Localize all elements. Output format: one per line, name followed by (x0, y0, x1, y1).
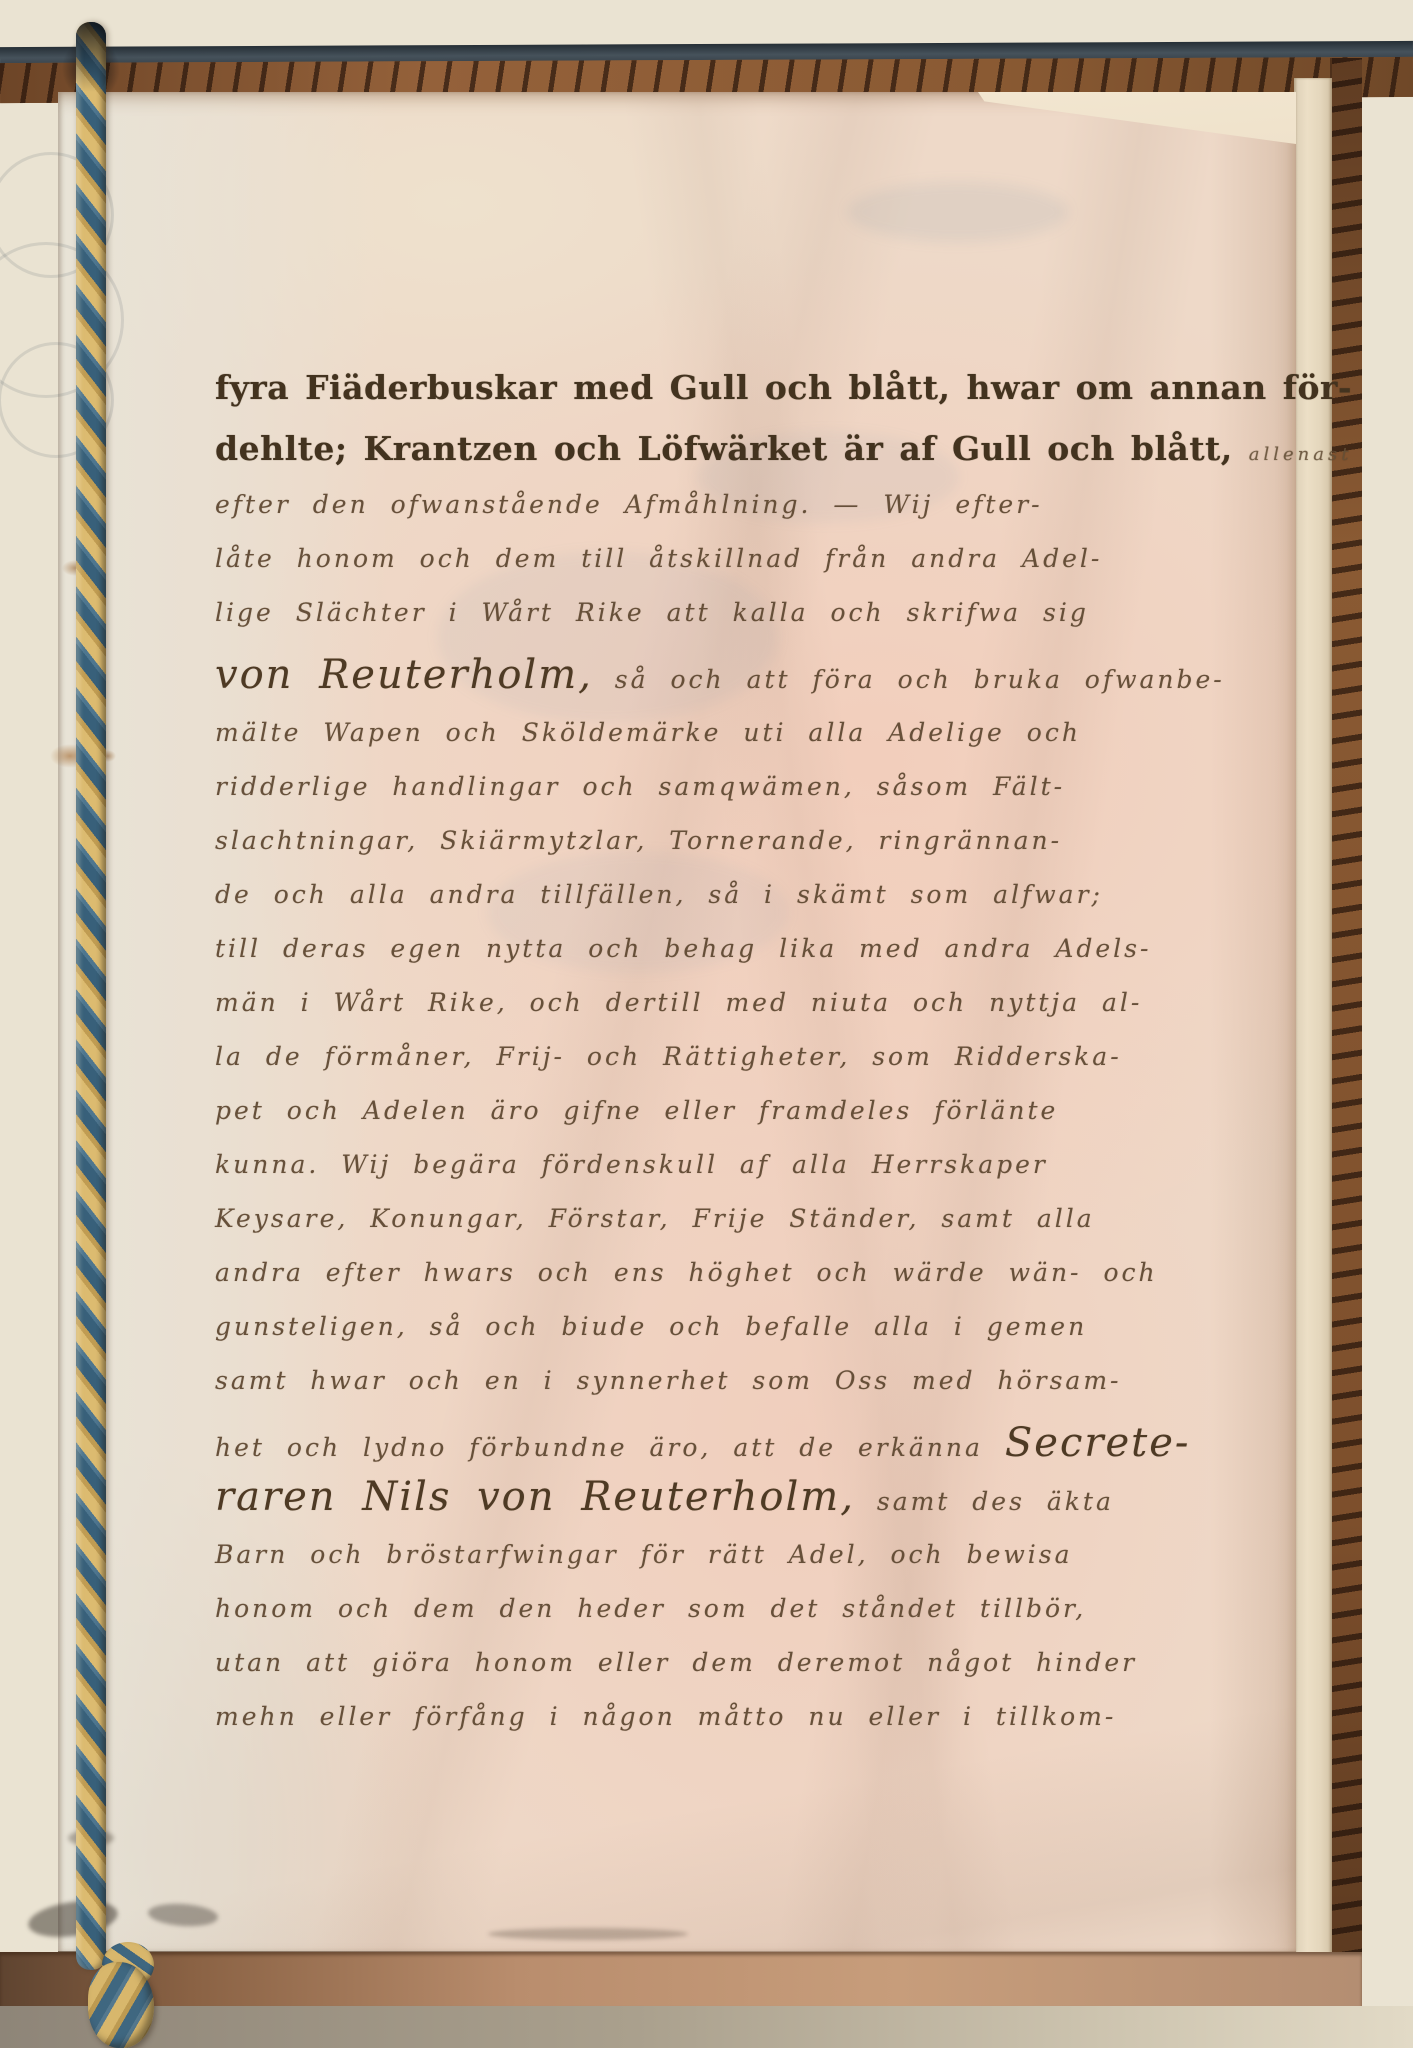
ink-smudge (488, 1928, 688, 1940)
manuscript-text-segment: het och lydno förbundne äro, att de erkä… (215, 1433, 1005, 1462)
manuscript-text-segment: Barn och bröstarfwingar för rätt Adel, o… (215, 1540, 1073, 1569)
manuscript-line: raren Nils von Reuterholm, samt des äkta (215, 1474, 1205, 1540)
corner-fold (978, 92, 1296, 144)
book-bottom-shadow (0, 2006, 1413, 2048)
manuscript-text-segment: lige Slächter i Wårt Rike att kalla och … (215, 598, 1089, 627)
manuscript-text-segment: la de förmåner, Frij- och Rättigheter, s… (215, 1042, 1122, 1071)
manuscript-text-block: fyra Fiäderbuskar med Gull och blått, hw… (215, 368, 1205, 1756)
manuscript-line: män i Wårt Rike, och dertill med niuta o… (215, 988, 1205, 1042)
manuscript-text-segment: slachtningar, Skiärmytzlar, Tornerande, … (215, 826, 1062, 855)
manuscript-text-segment: gunsteligen, så och biude och befalle al… (215, 1312, 1087, 1341)
manuscript-line: Keysare, Konungar, Förstar, Frije Stände… (215, 1204, 1205, 1258)
manuscript-text-segment: dehlte; Krantzen och Löfwärket är af Gul… (215, 429, 1249, 468)
manuscript-line: slachtningar, Skiärmytzlar, Tornerande, … (215, 826, 1205, 880)
manuscript-line: gunsteligen, så och biude och befalle al… (215, 1312, 1205, 1366)
manuscript-line: mälte Wapen och Sköldemärke uti alla Ade… (215, 718, 1205, 772)
manuscript-text-segment: Secrete- (1005, 1420, 1191, 1466)
manuscript-line: dehlte; Krantzen och Löfwärket är af Gul… (215, 429, 1205, 490)
manuscript-text-segment: Keysare, Konungar, Förstar, Frije Stände… (215, 1204, 1095, 1233)
manuscript-line: andra efter hwars och ens höghet och wär… (215, 1258, 1205, 1312)
manuscript-line: honom och dem den heder som det ståndet … (215, 1594, 1205, 1648)
manuscript-line: utan att giöra honom eller dem deremot n… (215, 1648, 1205, 1702)
manuscript-text-segment: mehn eller förfång i någon måtto nu elle… (215, 1702, 1116, 1731)
manuscript-text-segment: låte honom och dem till åtskillnad från … (215, 544, 1102, 573)
manuscript-text-segment: andra efter hwars och ens höghet och wär… (215, 1258, 1158, 1287)
manuscript-line: efter den ofwanstående Afmåhlning. — Wij… (215, 490, 1205, 544)
manuscript-line: von Reuterholm, så och att föra och bruk… (215, 652, 1205, 718)
manuscript-text-segment: pet och Adelen äro gifne eller framdeles… (215, 1096, 1058, 1125)
manuscript-line: till deras egen nytta och behag lika med… (215, 934, 1205, 988)
ink-bleedthrough (848, 182, 1068, 242)
manuscript-line: kunna. Wij begära fördenskull af alla He… (215, 1150, 1205, 1204)
manuscript-line: lige Slächter i Wårt Rike att kalla och … (215, 598, 1205, 652)
manuscript-line: fyra Fiäderbuskar med Gull och blått, hw… (215, 368, 1205, 429)
manuscript-line: ridderlige handlingar och samqwämen, sås… (215, 772, 1205, 826)
leather-binding-right (1332, 58, 1362, 2010)
manuscript-line: låte honom och dem till åtskillnad från … (215, 544, 1205, 598)
manuscript-text-segment: von Reuterholm, (215, 652, 593, 698)
manuscript-text-segment: till deras egen nytta och behag lika med… (215, 934, 1151, 963)
manuscript-text-segment: utan att giöra honom eller dem deremot n… (215, 1648, 1137, 1677)
binding-cord (76, 22, 106, 1970)
manuscript-line: pet och Adelen äro gifne eller framdeles… (215, 1096, 1205, 1150)
manuscript-text-segment: så och att föra och bruka ofwanbe- (593, 665, 1225, 694)
manuscript-text-segment: män i Wårt Rike, och dertill med niuta o… (215, 988, 1142, 1017)
binding-cord-dark-top (76, 22, 106, 92)
manuscript-line: het och lydno förbundne äro, att de erkä… (215, 1420, 1205, 1474)
manuscript-text-segment: allenast (1249, 444, 1353, 465)
manuscript-line: samt hwar och en i synnerhet som Oss med… (215, 1366, 1205, 1420)
page-edge-stack (1294, 78, 1332, 1980)
manuscript-text-segment: efter den ofwanstående Afmåhlning. — Wij… (215, 490, 1043, 519)
cord-knot (88, 1962, 154, 2048)
ink-smudge (147, 1902, 218, 1929)
manuscript-text-segment: samt hwar och en i synnerhet som Oss med… (215, 1366, 1122, 1395)
scanned-manuscript-photo: fyra Fiäderbuskar med Gull och blått, hw… (0, 0, 1413, 2048)
manuscript-line: de och alla andra tillfällen, så i skämt… (215, 880, 1205, 934)
manuscript-text-segment: fyra Fiäderbuskar med Gull och blått, hw… (215, 368, 1352, 407)
manuscript-text-segment: ridderlige handlingar och samqwämen, sås… (215, 772, 1065, 801)
manuscript-text-segment: raren Nils von Reuterholm, (215, 1474, 855, 1520)
manuscript-line: la de förmåner, Frij- och Rättigheter, s… (215, 1042, 1205, 1096)
leather-binding-bottom (0, 1952, 1362, 2006)
manuscript-text-segment: samt des äkta (855, 1487, 1114, 1516)
manuscript-text-segment: kunna. Wij begära fördenskull af alla He… (215, 1150, 1048, 1179)
manuscript-text-segment: mälte Wapen och Sköldemärke uti alla Ade… (215, 718, 1081, 747)
manuscript-line: Barn och bröstarfwingar för rätt Adel, o… (215, 1540, 1205, 1594)
manuscript-line: mehn eller förfång i någon måtto nu elle… (215, 1702, 1205, 1756)
manuscript-text-segment: honom och dem den heder som det ståndet … (215, 1594, 1086, 1623)
manuscript-text-segment: de och alla andra tillfällen, så i skämt… (215, 880, 1103, 909)
